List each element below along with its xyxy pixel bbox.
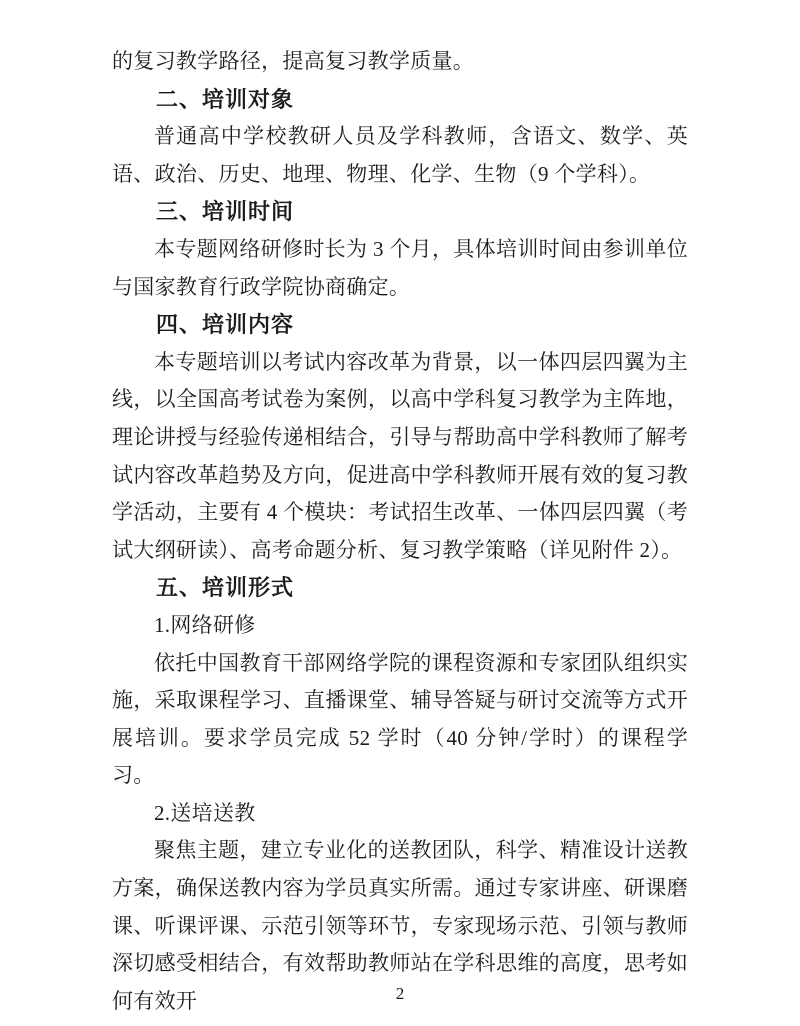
document-page: 的复习教学路径，提高复习教学质量。 二、培训对象 普通高中学校教研人员及学科教师… bbox=[0, 0, 800, 1026]
subheading-1-online-training: 1.网络研修 bbox=[112, 607, 688, 645]
paragraph-online-training: 依托中国教育干部网络学院的课程资源和专家团队组织实施，采取课程学习、直播课堂、辅… bbox=[112, 645, 688, 795]
paragraph-training-content: 本专题培训以考试内容改革为背景，以一体四层四翼为主线，以全国高考试卷为案例，以高… bbox=[112, 344, 688, 570]
paragraph-continuation: 的复习教学路径，提高复习教学质量。 bbox=[112, 43, 688, 81]
paragraph-training-time: 本专题网络研修时长为 3 个月，具体培训时间由参训单位与国家教育行政学院协商确定… bbox=[112, 231, 688, 306]
subheading-2-delivered-teaching: 2.送培送教 bbox=[112, 795, 688, 833]
section-heading-5-training-format: 五、培训形式 bbox=[112, 569, 688, 607]
section-heading-4-training-content: 四、培训内容 bbox=[112, 306, 688, 344]
section-heading-2-training-targets: 二、培训对象 bbox=[112, 81, 688, 119]
section-heading-3-training-time: 三、培训时间 bbox=[112, 193, 688, 231]
paragraph-training-targets: 普通高中学校教研人员及学科教师，含语文、数学、英语、政治、历史、地理、物理、化学… bbox=[112, 118, 688, 193]
document-body: 的复习教学路径，提高复习教学质量。 二、培训对象 普通高中学校教研人员及学科教师… bbox=[112, 43, 688, 1020]
page-number: 2 bbox=[0, 984, 800, 1004]
